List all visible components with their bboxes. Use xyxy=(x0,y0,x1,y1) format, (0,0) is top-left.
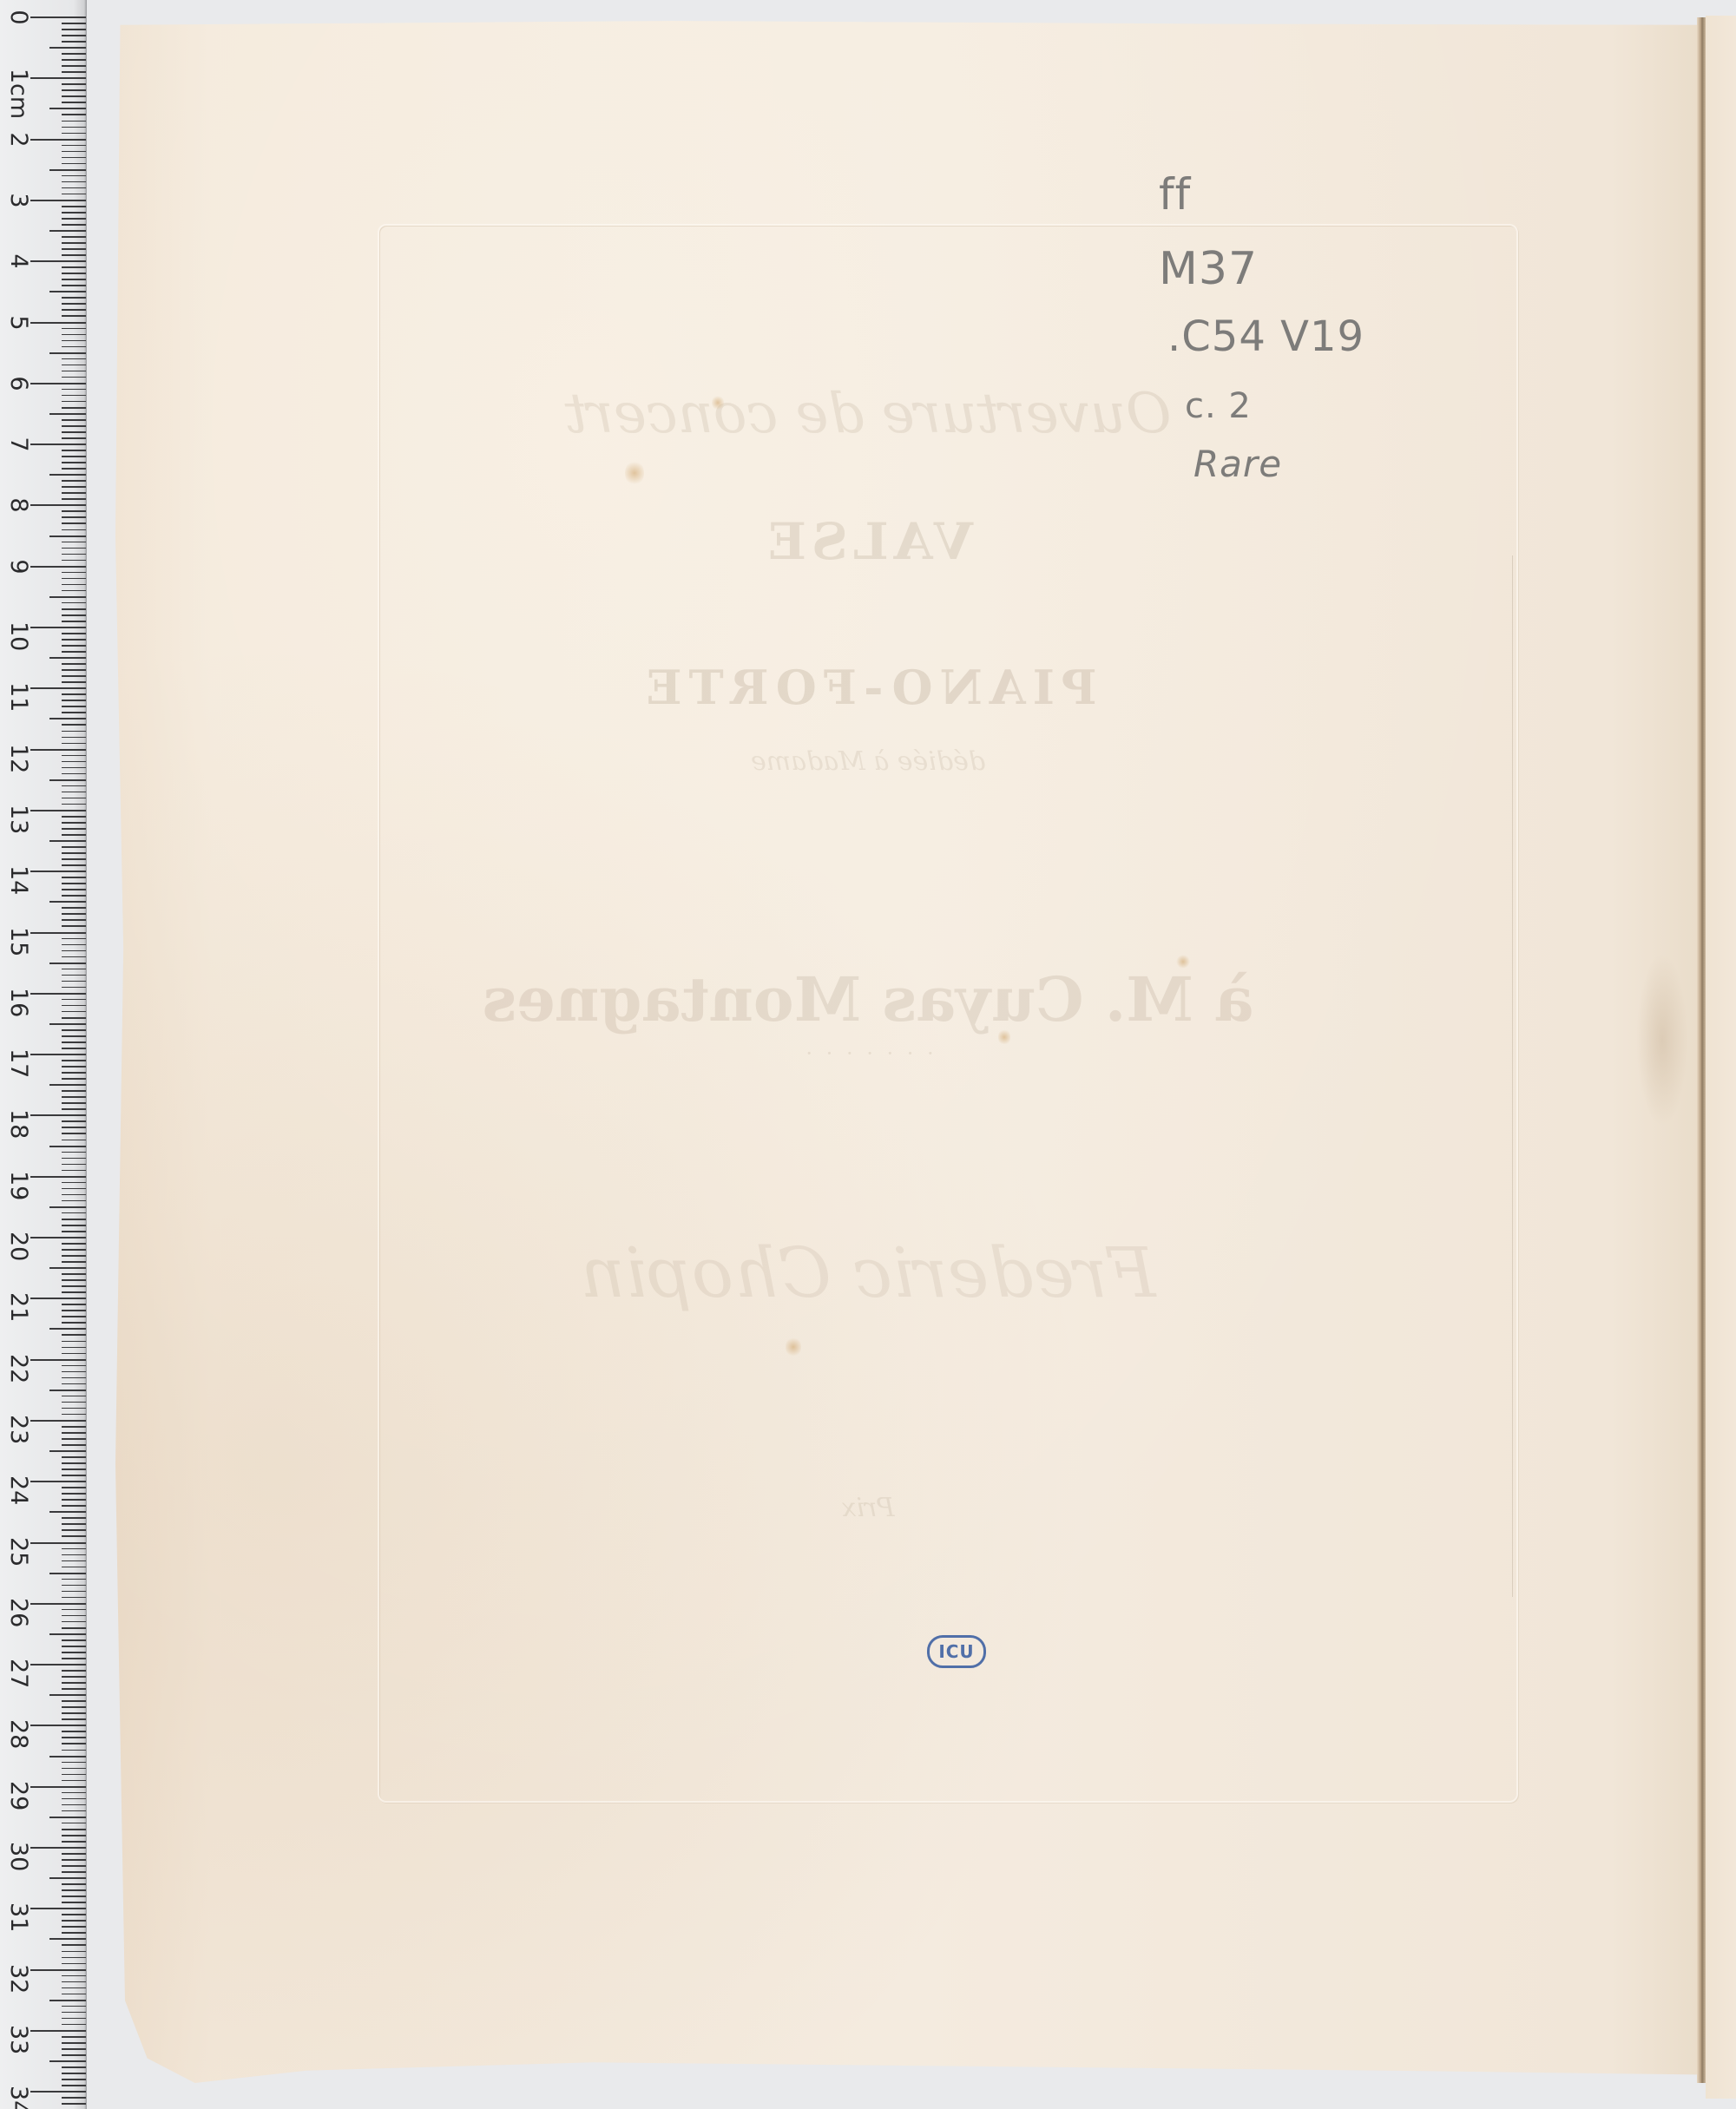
ruler-tick xyxy=(49,230,86,232)
call-number-line: Rare xyxy=(1193,443,1282,485)
ruler-tick xyxy=(62,516,86,518)
ruler-tick xyxy=(62,59,86,61)
ruler-tick xyxy=(49,1146,86,1147)
ruler-tick xyxy=(62,1383,86,1385)
ruler-tick xyxy=(62,816,86,818)
ruler-tick xyxy=(62,554,86,555)
ruler-tick xyxy=(62,999,86,1001)
call-number-line: .C54 V19 xyxy=(1167,312,1364,361)
ruler-tick xyxy=(62,1670,86,1672)
ruler-tick xyxy=(62,194,86,195)
ruler-tick xyxy=(62,2103,86,2105)
ruler-tick xyxy=(62,1188,86,1190)
ruler-tick xyxy=(62,572,86,574)
ruler-tick xyxy=(62,1279,86,1281)
ruler-tick xyxy=(62,1255,86,1257)
ruler-tick xyxy=(62,95,86,97)
ruler-tick xyxy=(30,1176,86,1178)
ruler-tick xyxy=(62,1902,86,1903)
ruler-tick xyxy=(62,743,86,745)
ruler-tick xyxy=(30,1114,86,1116)
ruler-tick xyxy=(62,224,86,226)
ruler-tick xyxy=(62,1994,86,1995)
ruler-tick xyxy=(30,871,86,872)
ruler-tick xyxy=(49,535,86,537)
ruler-tick xyxy=(62,346,86,348)
ruler-label: 31 xyxy=(5,1902,31,1928)
ruler-tick xyxy=(62,1127,86,1128)
ruler-tick xyxy=(62,864,86,866)
ruler-tick xyxy=(62,498,86,500)
ruler-tick xyxy=(30,2030,86,2032)
ruler-tick xyxy=(49,2000,86,2001)
ruler-tick xyxy=(62,285,86,286)
ruler-tick xyxy=(62,883,86,884)
ruler-tick xyxy=(49,1817,86,1818)
ruler-tick xyxy=(30,1908,86,1909)
ruler-tick xyxy=(49,474,86,476)
ruler-tick xyxy=(62,608,86,610)
ruler-label: 17 xyxy=(5,1048,31,1074)
ruler-tick xyxy=(30,749,86,751)
show-through-line: · · · · · · · xyxy=(434,1041,1302,1066)
ruler-tick xyxy=(62,663,86,665)
ruler-tick xyxy=(62,767,86,769)
ruler-tick xyxy=(62,1402,86,1403)
ruler-tick xyxy=(62,858,86,860)
show-through-line: Prix xyxy=(434,1493,1302,1523)
ruler-tick xyxy=(62,315,86,317)
ruler-tick xyxy=(62,877,86,878)
ruler-tick xyxy=(62,1889,86,1891)
ruler-tick xyxy=(62,1096,86,1098)
ruler-tick xyxy=(62,1706,86,1708)
ruler-tick xyxy=(62,1548,86,1550)
ruler-tick xyxy=(62,1944,86,1946)
ruler-tick xyxy=(62,1347,86,1349)
ruler-tick xyxy=(62,1920,86,1922)
ruler-tick xyxy=(62,377,86,378)
ruler-tick xyxy=(49,1390,86,1391)
ruler-label: 19 xyxy=(5,1171,31,1197)
ruler-tick xyxy=(62,804,86,805)
ruler-label: 32 xyxy=(5,1964,31,1990)
ruler-tick xyxy=(30,16,86,18)
ruler-label: 24 xyxy=(5,1475,31,1501)
ruler-tick xyxy=(30,139,86,141)
ruler-tick xyxy=(62,1219,86,1220)
ruler-tick xyxy=(62,2006,86,2007)
ruler-tick xyxy=(62,437,86,439)
ruler-tick xyxy=(62,1035,86,1037)
ruler-tick xyxy=(62,1517,86,1519)
ruler-tick xyxy=(62,1041,86,1043)
ruler-tick xyxy=(62,365,86,366)
ruler-tick xyxy=(62,2066,86,2068)
ruler-label: 11 xyxy=(5,682,31,708)
ruler-label: 30 xyxy=(5,1842,31,1868)
ruler-tick xyxy=(62,492,86,494)
ruler-label: 29 xyxy=(5,1781,31,1807)
ruler-tick xyxy=(62,248,86,250)
ruler-tick xyxy=(49,1633,86,1635)
ruler-label: 27 xyxy=(5,1659,31,1685)
ruler-tick xyxy=(62,53,86,55)
ruler-tick xyxy=(49,901,86,903)
ruler-tick xyxy=(62,401,86,403)
ruler-tick xyxy=(62,1316,86,1317)
ruler-tick xyxy=(62,206,86,207)
page-fold-gutter xyxy=(1697,17,1706,2083)
ruler-tick xyxy=(62,1456,86,1458)
ruler-tick xyxy=(62,1060,86,1061)
ruler-tick xyxy=(62,1273,86,1275)
ruler-tick xyxy=(62,1688,86,1690)
ruler-tick xyxy=(62,1005,86,1007)
ruler-tick xyxy=(62,1895,86,1897)
ruler-tick xyxy=(30,810,86,811)
ruler-tick xyxy=(62,1212,86,1214)
ruler-label: 15 xyxy=(5,927,31,953)
ruler-tick xyxy=(62,792,86,793)
ruler-label: 2 xyxy=(5,127,31,153)
ruler-tick xyxy=(49,1573,86,1574)
ruler-tick xyxy=(62,1304,86,1305)
ruler-label: 18 xyxy=(5,1109,31,1135)
ruler-tick xyxy=(49,291,86,292)
ruler-tick xyxy=(62,462,86,463)
ruler-tick xyxy=(62,1676,86,1678)
ruler-tick xyxy=(49,1511,86,1513)
ruler-tick xyxy=(62,2018,86,2020)
ruler-tick xyxy=(62,1048,86,1049)
ruler-tick xyxy=(62,1322,86,1324)
ruler-tick xyxy=(62,157,86,159)
ruler-tick xyxy=(62,41,86,43)
ruler-tick xyxy=(62,1554,86,1556)
ruler-tick xyxy=(49,2060,86,2062)
ruler-tick xyxy=(62,1152,86,1153)
ruler-tick xyxy=(62,1017,86,1019)
ruler-tick xyxy=(62,1951,86,1953)
ruler-tick xyxy=(62,1585,86,1587)
ruler-tick xyxy=(62,925,86,927)
ruler-tick xyxy=(62,913,86,915)
ruler-tick xyxy=(62,1774,86,1776)
ruler-tick xyxy=(62,1798,86,1800)
ruler-tick xyxy=(49,47,86,49)
ruler-tick xyxy=(30,443,86,445)
ruler-tick xyxy=(62,1810,86,1812)
ruler-tick xyxy=(62,1646,86,1647)
ruler-tick xyxy=(62,1591,86,1593)
ruler-tick xyxy=(62,1414,86,1416)
ruler-tick xyxy=(30,260,86,262)
ruler-tick xyxy=(62,1194,86,1196)
ruler-tick xyxy=(62,693,86,695)
ruler-tick xyxy=(62,35,86,36)
ruler-tick xyxy=(62,1981,86,1983)
ruler-tick xyxy=(49,352,86,354)
ruler-tick xyxy=(62,651,86,653)
ruler-tick xyxy=(62,522,86,524)
ruler-tick xyxy=(62,578,86,580)
ruler-tick xyxy=(62,621,86,622)
ruler-tick xyxy=(62,1682,86,1684)
ruler-tick xyxy=(62,1609,86,1611)
ruler-tick xyxy=(62,389,86,391)
ruler-tick xyxy=(62,584,86,586)
ruler-tick xyxy=(62,2054,86,2056)
ruler-tick xyxy=(49,1756,86,1757)
ruler-tick xyxy=(62,1444,86,1446)
ruler-tick xyxy=(62,175,86,177)
ruler-tick xyxy=(62,1249,86,1251)
ruler-tick xyxy=(62,151,86,153)
ruler-tick xyxy=(62,181,86,183)
ruler-tick xyxy=(62,1712,86,1714)
ruler-tick xyxy=(62,1792,86,1794)
ruler-tick xyxy=(62,236,86,238)
ruler-tick xyxy=(62,1926,86,1928)
ruler-tick xyxy=(62,1975,86,1977)
ruler-tick xyxy=(62,969,86,970)
ruler-tick xyxy=(30,1542,86,1544)
ruler-tick xyxy=(30,687,86,689)
ruler-tick xyxy=(62,1365,86,1367)
ruler-tick xyxy=(62,1334,86,1336)
ruler-tick xyxy=(62,1731,86,1732)
ruler-label: 25 xyxy=(5,1537,31,1563)
ruler-tick xyxy=(62,828,86,830)
ruler-tick xyxy=(62,1987,86,1989)
ruler-tick xyxy=(62,419,86,421)
ruler-tick xyxy=(62,1170,86,1172)
ruler-tick xyxy=(62,669,86,671)
call-number-line: c. 2 xyxy=(1185,386,1252,426)
ruler-tick xyxy=(62,1535,86,1537)
ruler-tick xyxy=(30,1786,86,1788)
ruler-tick xyxy=(49,657,86,659)
foxing-spot xyxy=(998,1028,1010,1046)
ruler-tick xyxy=(62,273,86,274)
ruler-tick xyxy=(62,486,86,488)
ruler-tick xyxy=(49,718,86,719)
ruler-tick xyxy=(62,737,86,739)
ruler-tick xyxy=(62,328,86,330)
adjacent-page-edge xyxy=(1706,16,1736,2099)
ruler-tick xyxy=(62,89,86,91)
ruler-tick xyxy=(62,1718,86,1720)
ruler-tick xyxy=(62,1468,86,1470)
library-stamp: ICU xyxy=(927,1635,986,1668)
ruler-label: 28 xyxy=(5,1719,31,1745)
ruler-tick xyxy=(62,340,86,342)
ruler-tick xyxy=(30,1847,86,1849)
ruler-tick xyxy=(62,297,86,299)
ruler-label: 33 xyxy=(5,2025,31,2051)
ruler-label: 21 xyxy=(5,1292,31,1318)
ruler-label: 6 xyxy=(5,371,31,397)
ruler-tick xyxy=(62,731,86,733)
foxing-spot xyxy=(1176,955,1190,969)
ruler-tick xyxy=(62,1957,86,1959)
ruler-tick xyxy=(49,963,86,964)
ruler-tick xyxy=(62,852,86,854)
show-through-line: VALSE xyxy=(434,512,1302,571)
ruler-tick xyxy=(30,932,86,934)
ruler-tick xyxy=(62,29,86,30)
ruler-tick xyxy=(30,2091,86,2093)
ruler-tick xyxy=(62,309,86,311)
ruler-tick xyxy=(62,1823,86,1824)
ruler-tick xyxy=(62,133,86,135)
ruler-tick xyxy=(62,1493,86,1495)
ruler-tick xyxy=(62,1108,86,1110)
ruler-tick xyxy=(62,798,86,799)
ruler-tick xyxy=(62,1310,86,1311)
ruler-tick xyxy=(62,1871,86,1873)
ruler-tick xyxy=(62,1243,86,1245)
ruler-tick xyxy=(62,706,86,707)
ruler-tick xyxy=(62,542,86,543)
ruler-tick xyxy=(62,529,86,531)
ruler-label: 22 xyxy=(5,1354,31,1380)
ruler-tick xyxy=(62,1029,86,1031)
ruler-tick xyxy=(62,1353,86,1355)
ruler-tick xyxy=(49,840,86,842)
ruler-tick xyxy=(62,895,86,897)
ruler-tick xyxy=(62,431,86,433)
ruler-tick xyxy=(62,1408,86,1409)
ruler-tick xyxy=(62,1883,86,1885)
ruler-tick xyxy=(49,1694,86,1696)
ruler-tick xyxy=(62,1579,86,1580)
ruler-tick xyxy=(62,1377,86,1379)
ruler-tick xyxy=(49,108,86,109)
ruler-tick xyxy=(62,242,86,244)
show-through-line: PIANO-FORTE xyxy=(434,660,1302,715)
ruler-label: 4 xyxy=(5,248,31,274)
ruler-tick xyxy=(62,981,86,982)
ruler-tick xyxy=(49,413,86,415)
ruler-tick xyxy=(62,1639,86,1641)
stain xyxy=(1636,953,1688,1127)
ruler-tick xyxy=(62,919,86,921)
ruler-tick xyxy=(62,2097,86,2099)
ruler-tick xyxy=(62,1225,86,1226)
ruler-tick xyxy=(62,1158,86,1160)
ruler-label: 5 xyxy=(5,310,31,336)
ruler-tick xyxy=(30,1481,86,1482)
ruler-tick xyxy=(62,1371,86,1373)
ruler-tick xyxy=(62,456,86,457)
ruler-label: 7 xyxy=(5,431,31,457)
ruler-tick xyxy=(62,834,86,836)
ruler-tick xyxy=(62,1499,86,1501)
ruler-tick xyxy=(49,1328,86,1330)
ruler-tick xyxy=(49,596,86,598)
ruler-tick xyxy=(62,371,86,372)
ruler-tick xyxy=(62,1750,86,1751)
ruler-label: 26 xyxy=(5,1598,31,1624)
ruler-tick xyxy=(62,1768,86,1770)
ruler-tick xyxy=(62,2036,86,2038)
ruler-tick xyxy=(30,1054,86,1055)
ruler-tick xyxy=(62,83,86,85)
ruler-tick xyxy=(62,2085,86,2086)
ruler-tick xyxy=(62,1859,86,1861)
ruler-tick xyxy=(49,1450,86,1452)
ruler-tick xyxy=(62,218,86,220)
ruler-tick xyxy=(49,779,86,781)
ruler-tick xyxy=(62,395,86,397)
ruler-tick xyxy=(62,645,86,647)
ruler-tick xyxy=(62,114,86,115)
ruler-tick xyxy=(62,1432,86,1434)
ruler-tick xyxy=(30,77,86,79)
ruler-tick xyxy=(62,334,86,336)
ruler-tick xyxy=(62,480,86,482)
ruler-tick xyxy=(62,755,86,757)
ruler-tick xyxy=(62,1621,86,1623)
ruler-tick xyxy=(62,1090,86,1092)
ruler-tick xyxy=(62,121,86,122)
ruler-tick xyxy=(62,560,86,562)
ruler-tick xyxy=(62,681,86,683)
ruler-tick xyxy=(62,127,86,128)
ruler-tick xyxy=(62,1762,86,1764)
call-number-line: M37 xyxy=(1159,243,1258,295)
ruler-tick xyxy=(62,1597,86,1599)
ruler-label: 8 xyxy=(5,492,31,518)
ruler-tick xyxy=(30,1359,86,1361)
ruler-tick xyxy=(62,2073,86,2074)
ruler-tick xyxy=(62,1164,86,1166)
ruler-tick xyxy=(30,200,86,201)
ruler-tick xyxy=(30,1237,86,1238)
foxing-spot xyxy=(625,460,644,486)
ruler-tick xyxy=(62,938,86,940)
plate-mark-edge xyxy=(1512,555,1513,1597)
ruler-tick xyxy=(62,1865,86,1867)
ruler-tick xyxy=(30,566,86,568)
ruler-tick xyxy=(62,71,86,73)
ruler-tick xyxy=(62,145,86,147)
ruler-tick xyxy=(62,1438,86,1440)
ruler-tick xyxy=(49,1206,86,1208)
call-number-line: ff xyxy=(1159,169,1191,220)
ruler-tick xyxy=(62,1341,86,1343)
ruler-tick xyxy=(62,425,86,427)
ruler-label: 34 xyxy=(5,2086,31,2109)
ruler-tick xyxy=(62,1737,86,1738)
ruler-tick xyxy=(30,1420,86,1422)
ruler-tick xyxy=(62,1560,86,1562)
ruler-tick xyxy=(62,1011,86,1013)
ruler-tick xyxy=(62,1140,86,1141)
ruler-label: 14 xyxy=(5,865,31,891)
ruler-tick xyxy=(30,1725,86,1726)
ruler-tick xyxy=(62,712,86,713)
ruler-label: 0 xyxy=(5,4,31,30)
ruler-tick xyxy=(62,1652,86,1653)
ruler-tick xyxy=(62,1529,86,1531)
ruler-tick xyxy=(62,2048,86,2050)
ruler-tick xyxy=(62,700,86,701)
ruler-tick xyxy=(30,504,86,506)
ruler-tick xyxy=(30,1969,86,1971)
